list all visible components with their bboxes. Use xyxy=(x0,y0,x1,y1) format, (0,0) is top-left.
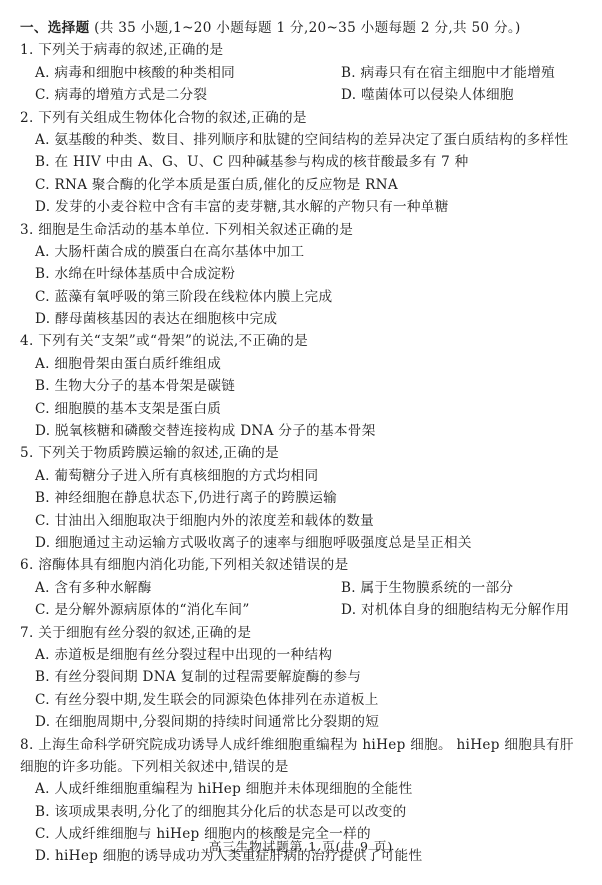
option-b: B. 生物大分子的基本骨架是碳链 xyxy=(0,375,602,397)
question-3: 3. 细胞是生命活动的基本单位. 下列相关叙述正确的是 A. 大肠杆菌合成的膜蛋… xyxy=(0,219,602,331)
page-footer: 高三生物试题第 1 页(共 9 页) xyxy=(0,837,602,855)
option-c: C. 甘油出入细胞取决于细胞内外的浓度差和载体的数量 xyxy=(0,510,602,532)
question-stem: 5. 下列关于物质跨膜运输的叙述,正确的是 xyxy=(0,442,602,464)
section-header: 一、选择题 (共 35 小题,1~20 小题每题 1 分,20~35 小题每题 … xyxy=(0,17,602,39)
question-6: 6. 溶酶体具有细胞内消化功能,下列相关叙述错误的是 A. 含有多种水解酶 B.… xyxy=(0,554,602,621)
question-stem: 4. 下列有关“支架”或“骨架”的说法,不正确的是 xyxy=(0,330,602,352)
option-b: B. 在 HIV 中由 A、G、U、C 四种碱基参与构成的核苷酸最多有 7 种 xyxy=(0,151,602,173)
question-2: 2. 下列有关组成生物体化合物的叙述,正确的是 A. 氨基酸的种类、数目、排列顺… xyxy=(0,107,602,219)
exam-page: 一、选择题 (共 35 小题,1~20 小题每题 1 分,20~35 小题每题 … xyxy=(0,17,602,868)
question-stem: 7. 关于细胞有丝分裂的叙述,正确的是 xyxy=(0,622,602,644)
option-a: A. 细胞骨架由蛋白质纤维组成 xyxy=(0,353,602,375)
option-a: A. 病毒和细胞中核酸的种类相同 xyxy=(0,62,341,84)
option-a: A. 含有多种水解酶 xyxy=(0,577,341,599)
question-stem: 8. 上海生命科学研究院成功诱导人成纤维细胞重编程为 hiHep 细胞。 hiH… xyxy=(0,734,602,756)
section-note: (共 35 小题,1~20 小题每题 1 分,20~35 小题每题 2 分,共 … xyxy=(94,20,521,36)
question-1: 1. 下列关于病毒的叙述,正确的是 A. 病毒和细胞中核酸的种类相同 B. 病毒… xyxy=(0,39,602,106)
option-c: C. 细胞膜的基本支架是蛋白质 xyxy=(0,398,602,420)
question-stem: 3. 细胞是生命活动的基本单位. 下列相关叙述正确的是 xyxy=(0,219,602,241)
question-stem-continued: 细胞的许多功能。下列相关叙述中,错误的是 xyxy=(0,756,602,778)
option-b: B. 该项成果表明,分化了的细胞其分化后的状态是可以改变的 xyxy=(0,801,602,823)
question-5: 5. 下列关于物质跨膜运输的叙述,正确的是 A. 葡萄糖分子进入所有真核细胞的方… xyxy=(0,442,602,554)
option-a: A. 葡萄糖分子进入所有真核细胞的方式均相同 xyxy=(0,465,602,487)
option-d: D. 对机体自身的细胞结构无分解作用 xyxy=(341,599,602,621)
option-b: B. 神经细胞在静息状态下,仍进行离子的跨膜运输 xyxy=(0,487,602,509)
option-d: D. 脱氧核糖和磷酸交替连接构成 DNA 分子的基本骨架 xyxy=(0,420,602,442)
question-stem: 1. 下列关于病毒的叙述,正确的是 xyxy=(0,39,602,61)
question-stem: 6. 溶酶体具有细胞内消化功能,下列相关叙述错误的是 xyxy=(0,554,602,576)
section-title: 一、选择题 xyxy=(20,20,89,36)
option-b: B. 属于生物膜系统的一部分 xyxy=(341,577,602,599)
option-c: C. 病毒的增殖方式是二分裂 xyxy=(0,84,341,106)
option-a: A. 氨基酸的种类、数目、排列顺序和肽键的空间结构的差异决定了蛋白质结构的多样性 xyxy=(0,129,602,151)
option-c: C. 蓝藻有氧呼吸的第三阶段在线粒体内膜上完成 xyxy=(0,286,602,308)
option-a: A. 赤道板是细胞有丝分裂过程中出现的一种结构 xyxy=(0,644,602,666)
option-d: D. 噬菌体可以侵染人体细胞 xyxy=(341,84,602,106)
option-a: A. 大肠杆菌合成的膜蛋白在高尔基体中加工 xyxy=(0,241,602,263)
question-7: 7. 关于细胞有丝分裂的叙述,正确的是 A. 赤道板是细胞有丝分裂过程中出现的一… xyxy=(0,622,602,734)
option-b: B. 病毒只有在宿主细胞中才能增殖 xyxy=(341,62,602,84)
option-c: C. 有丝分裂中期,发生联会的同源染色体排列在赤道板上 xyxy=(0,689,602,711)
option-d: D. 酵母菌核基因的表达在细胞核中完成 xyxy=(0,308,602,330)
option-d: D. 发芽的小麦谷粒中含有丰富的麦芽糖,其水解的产物只有一种单糖 xyxy=(0,196,602,218)
option-c: C. 是分解外源病原体的“消化车间” xyxy=(0,599,341,621)
option-d: D. 细胞通过主动运输方式吸收离子的速率与细胞呼吸强度总是呈正相关 xyxy=(0,532,602,554)
question-4: 4. 下列有关“支架”或“骨架”的说法,不正确的是 A. 细胞骨架由蛋白质纤维组… xyxy=(0,330,602,442)
question-stem: 2. 下列有关组成生物体化合物的叙述,正确的是 xyxy=(0,107,602,129)
option-b: B. 有丝分裂间期 DNA 复制的过程需要解旋酶的参与 xyxy=(0,666,602,688)
option-d: D. 在细胞周期中,分裂间期的持续时间通常比分裂期的短 xyxy=(0,711,602,733)
option-c: C. RNA 聚合酶的化学本质是蛋白质,催化的反应物是 RNA xyxy=(0,174,602,196)
option-b: B. 水绵在叶绿体基质中合成淀粉 xyxy=(0,263,602,285)
option-a: A. 人成纤维细胞重编程为 hiHep 细胞并未体现细胞的全能性 xyxy=(0,778,602,800)
